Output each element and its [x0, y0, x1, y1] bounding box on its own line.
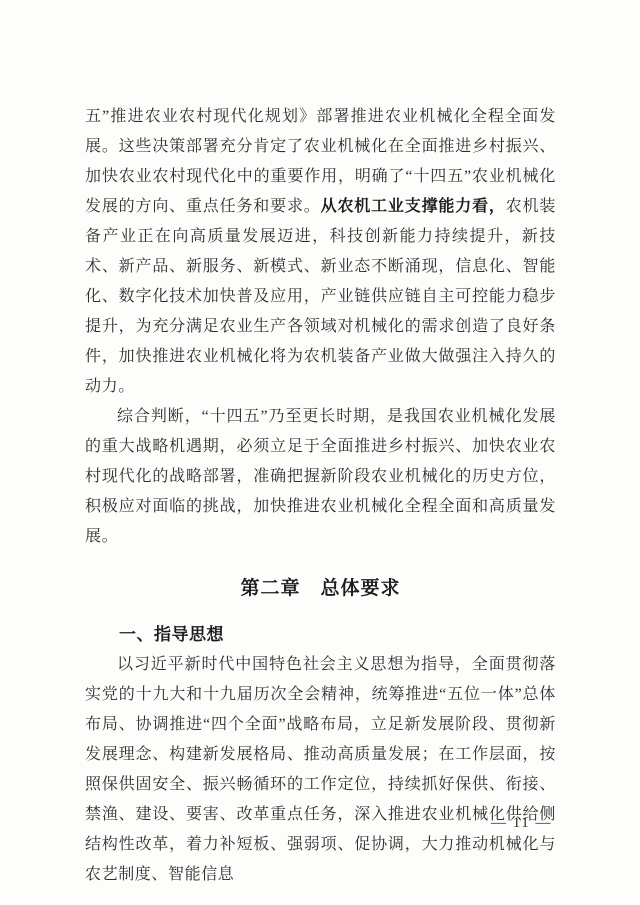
page-number: — 11 —: [491, 814, 552, 832]
paragraph-continuation: 五”推进农业农村现代化规划》部署推进农业机械化全程全面发展。这些决策部署充分肯定…: [85, 102, 556, 402]
text-column: 五”推进农业农村现代化规划》部署推进农业机械化全程全面发展。这些决策部署充分肯定…: [85, 102, 556, 890]
paragraph-guiding-ideology: 以习近平新时代中国特色社会主义思想为指导，全面贯彻落实党的十九大和十九届历次全会…: [85, 650, 556, 890]
document-page: 五”推进农业农村现代化规划》部署推进农业机械化全程全面发展。这些决策部署充分肯定…: [0, 0, 640, 905]
paragraph-judgment: 综合判断，“十四五”乃至更长时期，是我国农业机械化发展的重大战略机遇期，必须立足…: [85, 402, 556, 552]
paragraph-continuation-bold-phrase: 从农机工业支撑能力看，: [321, 198, 506, 215]
section-heading-guiding-ideology: 一、指导思想: [85, 620, 556, 650]
paragraph-continuation-text-end: 农机装备产业正在向高质量发展迈进，科技创新能力持续提升，新技术、新产品、新服务、…: [85, 198, 556, 395]
chapter-heading: 第二章 总体要求: [85, 574, 556, 604]
